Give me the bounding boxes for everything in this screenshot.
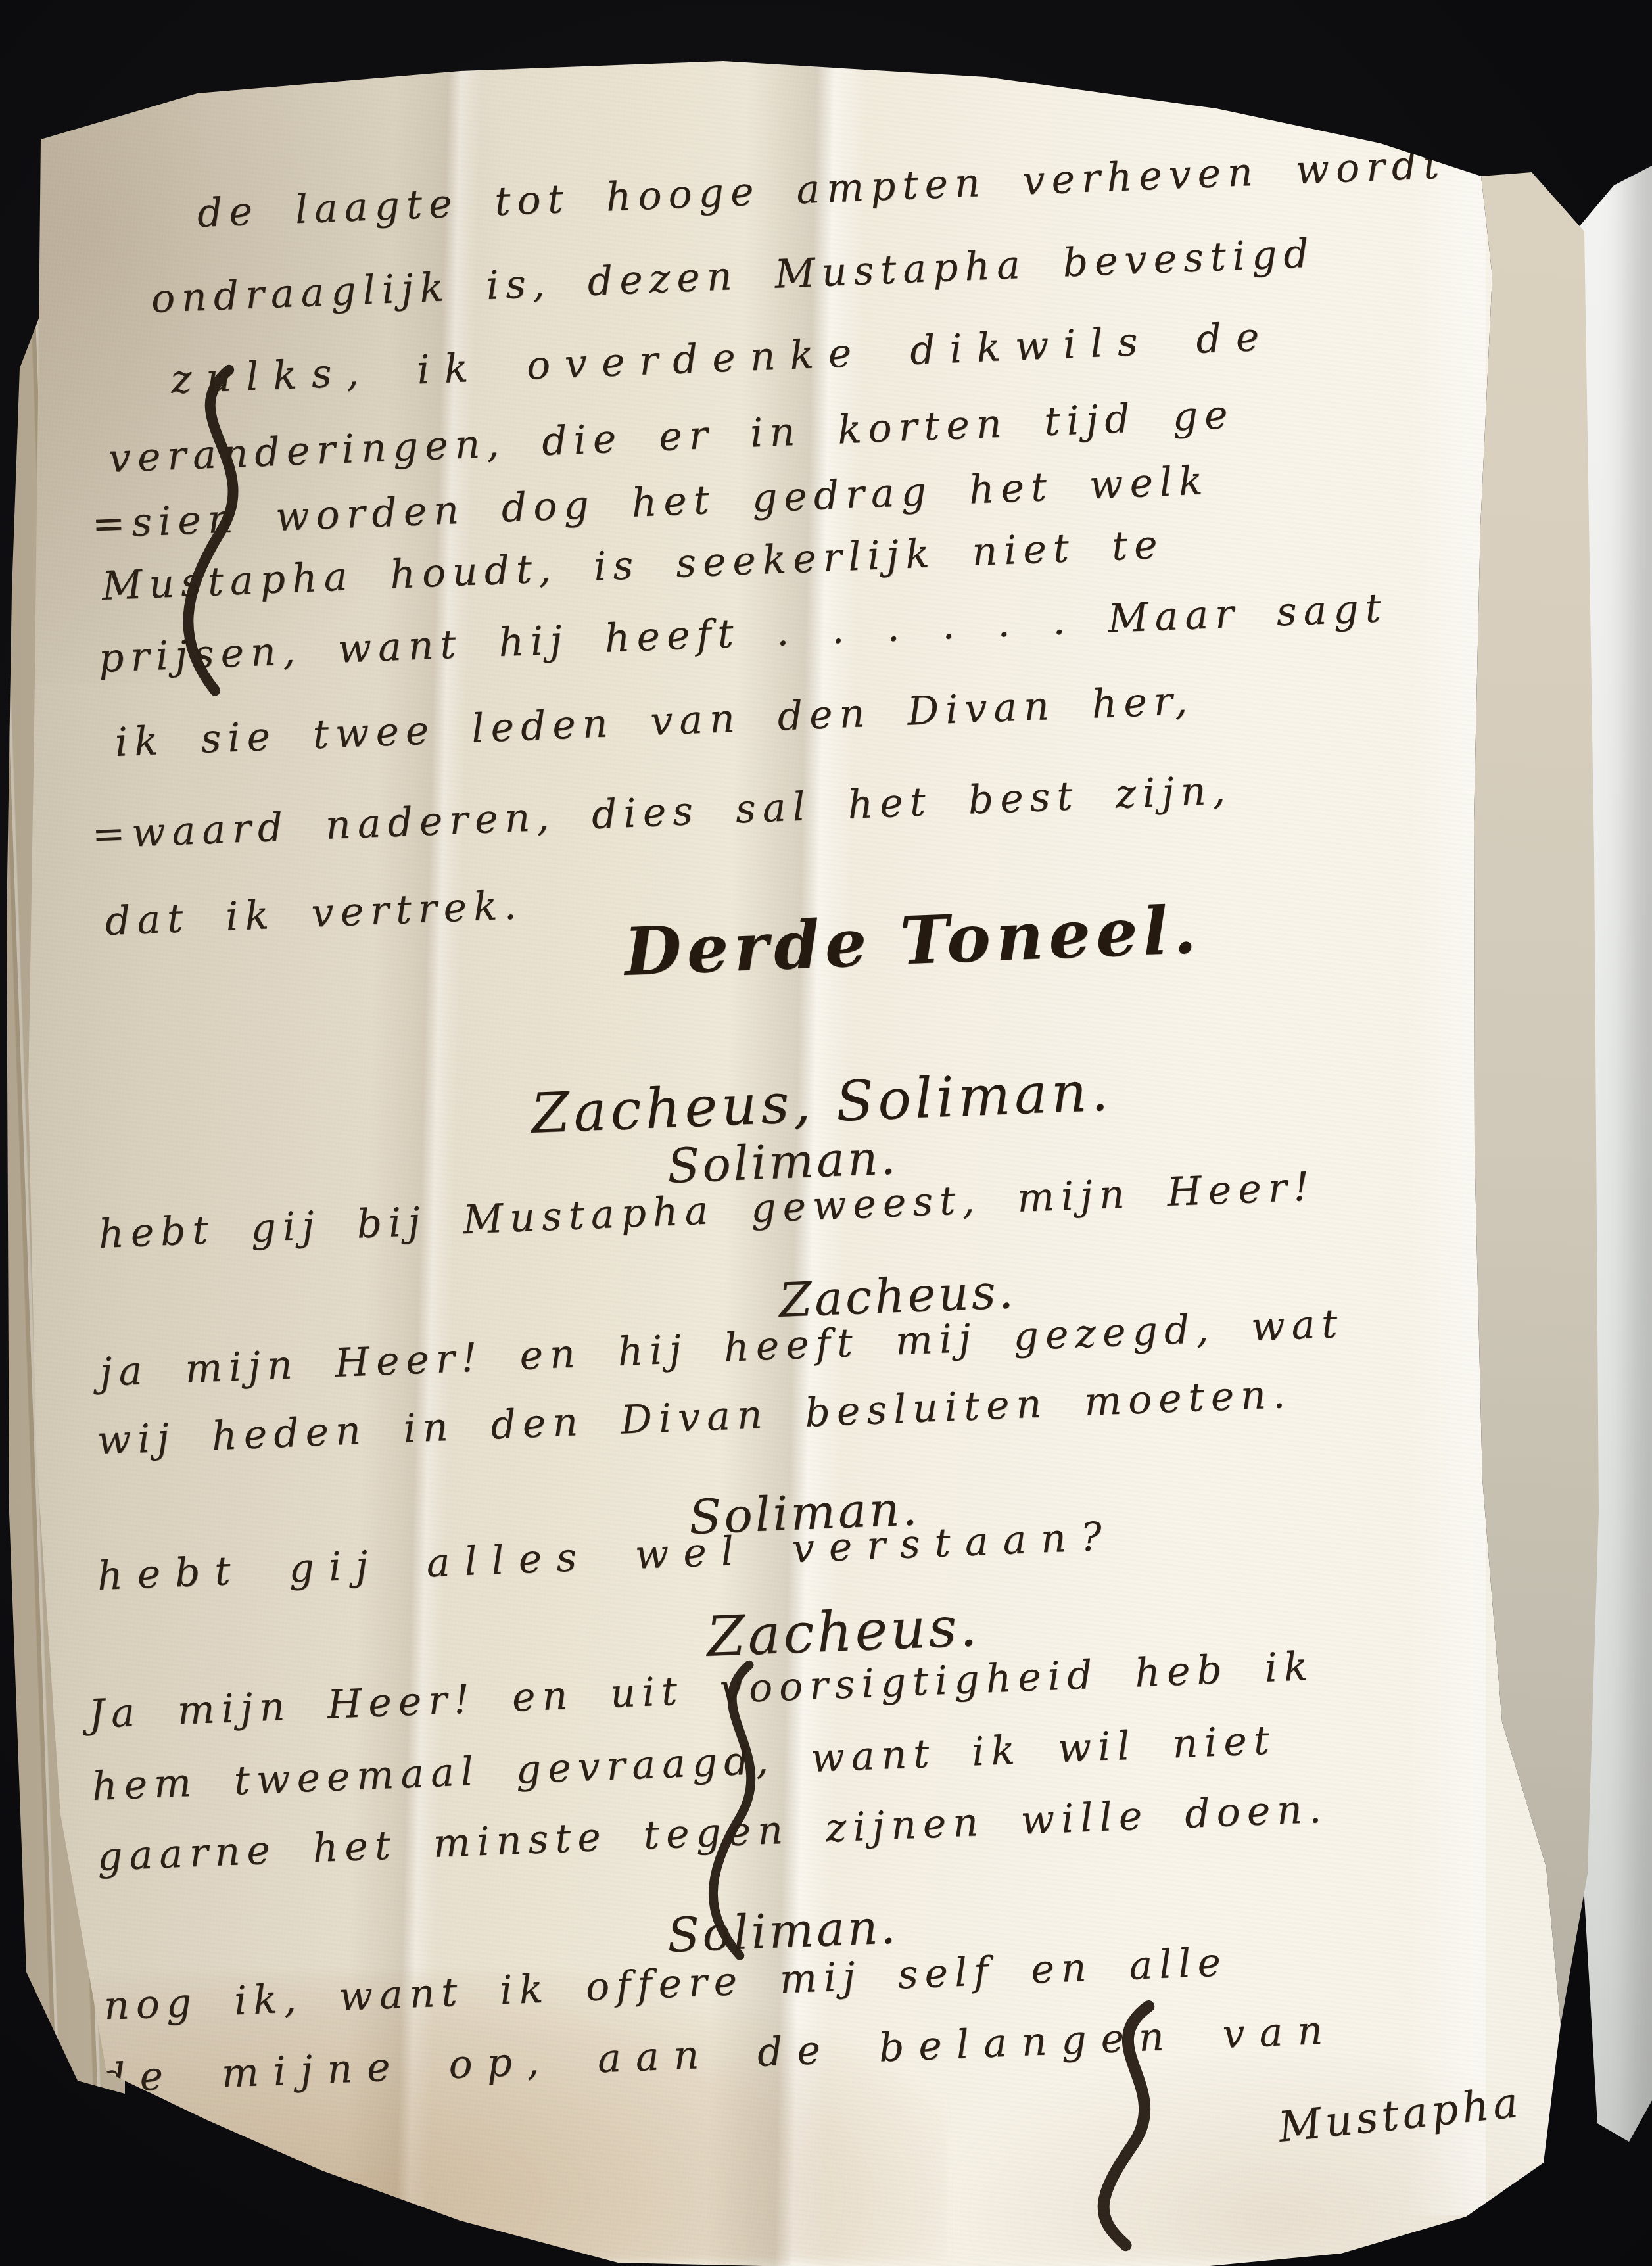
photo-of-manuscript: de laagte tot hooge ampten verheven word… <box>0 0 1652 2266</box>
speaker-heading: Zacheus. <box>705 1599 980 1664</box>
manuscript-page: de laagte tot hooge ampten verheven word… <box>0 0 1652 2266</box>
speaker-heading: Soliman. <box>667 1902 899 1959</box>
